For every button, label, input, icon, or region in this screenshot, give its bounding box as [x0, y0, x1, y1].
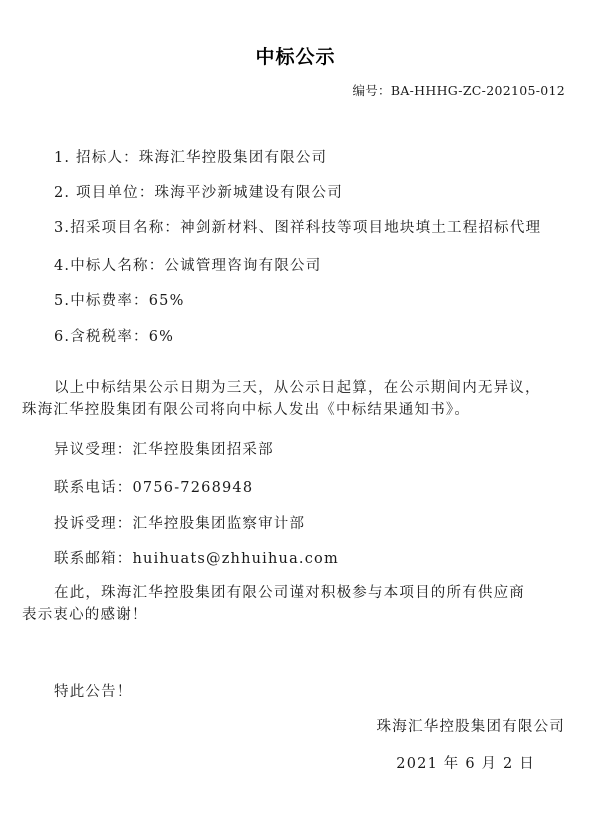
item-tax-rate: 6.含税税率：6%	[54, 325, 174, 346]
page-title: 中标公示	[0, 42, 591, 69]
item-winner-name: 4.中标人名称：公诚管理咨询有限公司	[54, 254, 321, 275]
contact-complaint: 投诉受理：汇华控股集团监察审计部	[54, 512, 305, 533]
item-bidder: 1. 招标人：珠海汇华控股集团有限公司	[54, 146, 327, 167]
item-project-unit: 2. 项目单位：珠海平沙新城建设有限公司	[54, 181, 343, 202]
signature-date: 2021 年 6 月 2 日	[396, 752, 535, 773]
thanks-paragraph-line2: 表示衷心的感谢！	[22, 602, 148, 628]
item-project-name: 3.招采项目名称：神剑新材料、图祥科技等项目地块填土工程招标代理	[54, 216, 541, 237]
contact-email[interactable]: 联系邮箱：huihuats@zhhuihua.com	[54, 547, 339, 568]
document-number: 编号：BA-HHHG-ZC-202105-012	[352, 81, 565, 99]
contact-phone: 联系电话：0756-7268948	[54, 476, 253, 497]
thanks-paragraph-line1: 在此，珠海汇华控股集团有限公司谨对积极参与本项目的所有供应商	[54, 581, 525, 602]
notice-paragraph-line2: 珠海汇华控股集团有限公司将向中标人发出《中标结果通知书》。	[22, 397, 470, 423]
closing-statement: 特此公告！	[54, 680, 133, 701]
item-fee-rate: 5.中标费率：65%	[54, 289, 185, 310]
contact-objection: 异议受理：汇华控股集团招采部	[54, 438, 274, 459]
signature-company: 珠海汇华控股集团有限公司	[377, 715, 565, 736]
notice-paragraph-line1: 以上中标结果公示日期为三天，从公示日起算，在公示期间内无异议，	[54, 376, 541, 397]
